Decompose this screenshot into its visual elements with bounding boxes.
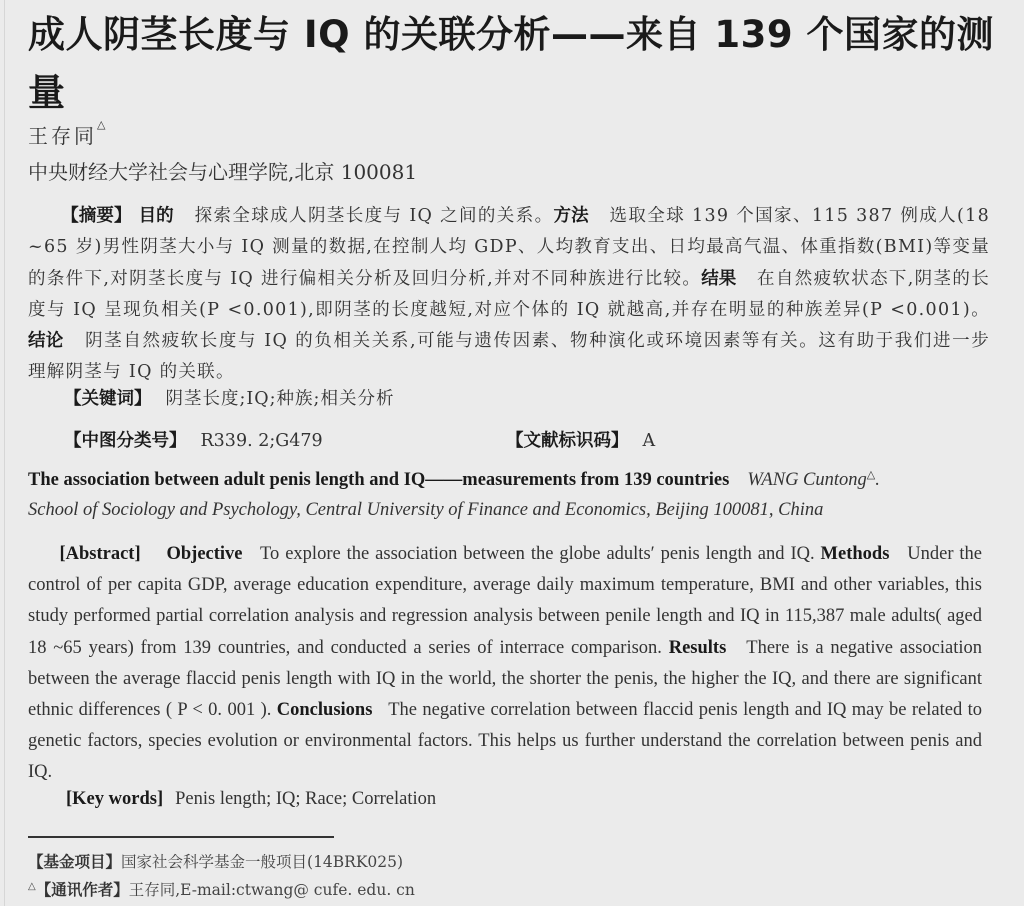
keywords-en-value: Penis length; IQ; Race; Correlation (175, 789, 436, 809)
objective-en-label: Objective (167, 544, 243, 564)
clc-number: 【中图分类号】R339. 2;G479 (64, 427, 323, 452)
abstract-cn: 【摘要】 目的 探索全球成人阴茎长度与 IQ 之间的关系。方法 选取全球 139… (28, 201, 990, 389)
corr-value: 王存同,E-mail:ctwang@ cufe. edu. cn (129, 881, 415, 899)
keywords-en-label: [Key words] (66, 789, 163, 809)
footnote-fund: 【基金项目】国家社会科学基金一般项目(14BRK025) (28, 850, 403, 872)
author-name-cn: 王存同 (28, 124, 97, 148)
footnote-corresponding-author: △【通讯作者】王存同,E-mail:ctwang@ cufe. edu. cn (28, 878, 415, 900)
results-cn-label: 结果 (701, 269, 736, 289)
clc-label: 【中图分类号】 (64, 431, 187, 451)
methods-cn-label: 方法 (553, 206, 588, 226)
doc-code-label: 【文献标识码】 (506, 431, 629, 451)
footnote-divider (28, 836, 334, 838)
conclusion-cn-text: 阴茎自然疲软长度与 IQ 的负相关关系,可能与遗传因素、物种演化或环境因素等有关… (28, 331, 990, 382)
author-cn: 王存同△ (28, 120, 105, 149)
results-en-label: Results (669, 638, 727, 658)
title-en-text: The association between adult penis leng… (28, 470, 729, 490)
abstract-en-label: [Abstract] (59, 544, 140, 564)
fund-label: 【基金项目】 (28, 853, 121, 871)
corr-label: 【通讯作者】 (36, 881, 129, 899)
author-mark: △ (97, 118, 105, 131)
document-code: 【文献标识码】A (506, 427, 655, 452)
objective-cn-label: 目的 (139, 206, 174, 226)
abstract-en: [Abstract] Objective To explore the asso… (28, 539, 982, 789)
title-en: The association between adult penis leng… (28, 468, 880, 491)
affiliation-cn: 中央财经大学社会与心理学院,北京 100081 (28, 156, 417, 185)
title-cn: 成人阴茎长度与 IQ 的关联分析——来自 139 个国家的测量 (28, 6, 1008, 122)
corr-mark: △ (28, 881, 36, 892)
conclusion-cn-label: 结论 (28, 331, 64, 351)
conclusions-en-label: Conclusions (277, 700, 373, 720)
author-en: WANG Cuntong△. (747, 470, 880, 490)
keywords-en: [Key words]Penis length; IQ; Race; Corre… (66, 789, 436, 810)
page-edge-line (4, 0, 5, 906)
methods-en-label: Methods (821, 544, 890, 564)
objective-en-text: To explore the association between the g… (260, 544, 815, 564)
objective-cn-text: 探索全球成人阴茎长度与 IQ 之间的关系。 (195, 206, 554, 226)
keywords-cn-label: 【关键词】 (64, 389, 152, 409)
abstract-cn-label: 【摘要】 (61, 206, 131, 226)
fund-value: 国家社会科学基金一般项目(14BRK025) (121, 853, 403, 871)
author-en-name: WANG Cuntong (747, 470, 866, 490)
affiliation-en: School of Sociology and Psychology, Cent… (28, 500, 823, 521)
author-en-suffix: . (875, 470, 880, 490)
clc-value: R339. 2;G479 (201, 431, 323, 451)
doc-code-value: A (643, 431, 656, 451)
author-en-mark: △ (867, 469, 875, 481)
keywords-cn: 【关键词】阴茎长度;IQ;种族;相关分析 (64, 385, 394, 410)
keywords-cn-value: 阴茎长度;IQ;种族;相关分析 (166, 389, 395, 409)
